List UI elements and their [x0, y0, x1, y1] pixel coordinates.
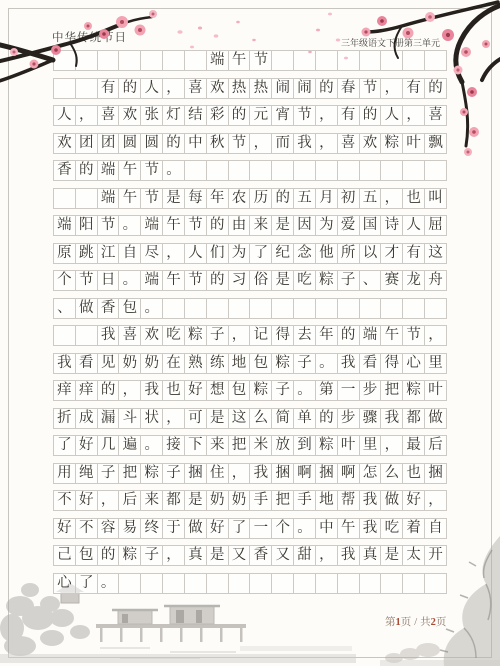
grid-cell: 们 [207, 244, 229, 263]
grid-cell: 下 [185, 436, 207, 455]
grid-cell: 遍 [119, 436, 141, 455]
grid-cell [338, 299, 360, 318]
grid-cell: ， [119, 381, 141, 400]
grid-cell [250, 161, 272, 180]
grid-cell: 喜 [98, 106, 120, 125]
grid-cell: 我 [360, 491, 382, 510]
footer-total-suffix: 页 [436, 617, 447, 628]
grid-cell: 宵 [272, 106, 294, 125]
grid-cell: 。 [294, 519, 316, 538]
grid-cell: 心 [54, 574, 76, 593]
grid-cell [360, 574, 382, 593]
grid-cell: 春 [338, 79, 360, 98]
grid-row: 原跳江自尽，人们为了纪念他所以才有这 [53, 243, 447, 264]
grid-cell: 帮 [338, 491, 360, 510]
grid-cell: 步 [338, 409, 360, 428]
grid-cell: 吃 [381, 519, 403, 538]
grid-cell: 所 [338, 244, 360, 263]
grid-cell: 诗 [381, 216, 403, 235]
grid-cell: 他 [316, 244, 338, 263]
grid-cell: 节 [250, 51, 272, 70]
grid-cell: 了 [229, 519, 251, 538]
grid-cell [54, 79, 76, 98]
essay-grid: 端午节有的人，喜欢热热闹闹的春节，有的人，喜欢张灯结彩的元宵节，有的人，喜欢团团… [53, 50, 447, 600]
grid-cell: 由 [229, 216, 251, 235]
grid-cell: 喜 [425, 106, 446, 125]
grid-cell: 彩 [207, 106, 229, 125]
grid-cell: 做 [185, 519, 207, 538]
grid-cell: 喜 [119, 326, 141, 345]
grid-cell: ， [163, 546, 185, 565]
grid-cell: 端 [54, 216, 76, 235]
grid-cell: 有 [403, 244, 425, 263]
grid-cell: 的 [119, 79, 141, 98]
grid-cell: 把 [381, 381, 403, 400]
grid-cell: 午 [381, 326, 403, 345]
grid-cell [425, 161, 446, 180]
grid-cell: ， [163, 244, 185, 263]
grid-cell: 也 [163, 381, 185, 400]
grid-cell: 。 [119, 271, 141, 290]
grid-row: 端午节是每年农历的五月初五，也叫 [53, 188, 447, 209]
grid-cell: 屈 [425, 216, 446, 235]
grid-cell: 喜 [338, 134, 360, 153]
grid-cell: 我 [141, 381, 163, 400]
grid-cell: ， [250, 134, 272, 153]
grid-cell: 是 [381, 546, 403, 565]
grid-cell: ， [381, 189, 403, 208]
grid-cell: 了 [250, 244, 272, 263]
grid-row: 好不容易终于做好了一个。中午我吃着自 [53, 518, 447, 539]
grid-cell: 而 [272, 134, 294, 153]
grid-cell: 赛 [381, 271, 403, 290]
grid-cell: 粽 [119, 546, 141, 565]
grid-cell [403, 161, 425, 180]
grid-cell: 的 [98, 546, 120, 565]
grid-cell: 己 [54, 546, 76, 565]
grid-cell: 的 [316, 409, 338, 428]
grid-cell: ， [163, 409, 185, 428]
grid-cell: 手 [250, 491, 272, 510]
grid-cell: 啊 [338, 464, 360, 483]
grid-cell: 得 [272, 326, 294, 345]
grid-row: 、做香包。 [53, 298, 447, 319]
grid-cell: 的 [76, 161, 98, 180]
grid-cell: 节 [360, 79, 382, 98]
grid-cell: 叶 [338, 436, 360, 455]
grid-cell: 团 [98, 134, 120, 153]
grid-cell [229, 574, 251, 593]
grid-cell: ， [163, 79, 185, 98]
grid-row: 香的端午节。 [53, 160, 447, 181]
grid-cell: 一 [250, 519, 272, 538]
grid-cell: 闹 [294, 79, 316, 98]
grid-cell [360, 161, 382, 180]
grid-cell [338, 161, 360, 180]
grid-cell: 初 [338, 189, 360, 208]
grid-cell: 人 [141, 79, 163, 98]
grid-cell: 端 [360, 326, 382, 345]
grid-cell: 好 [76, 436, 98, 455]
grid-cell: 节 [185, 216, 207, 235]
grid-cell: 午 [163, 271, 185, 290]
grid-cell: 欢 [207, 79, 229, 98]
grid-cell: 节 [185, 271, 207, 290]
grid-cell [425, 51, 446, 70]
grid-cell: 里 [360, 436, 382, 455]
grid-cell: 喜 [185, 79, 207, 98]
grid-cell [338, 574, 360, 593]
grid-cell: 节 [229, 134, 251, 153]
grid-cell: 是 [185, 491, 207, 510]
grid-cell: 开 [425, 546, 446, 565]
grid-cell: ， [316, 546, 338, 565]
grid-cell: 午 [229, 51, 251, 70]
grid-cell: 粽 [316, 436, 338, 455]
grid-cell: 怎 [360, 464, 382, 483]
grid-cell: 以 [360, 244, 382, 263]
grid-cell: 不 [54, 491, 76, 510]
grid-cell: 啊 [294, 464, 316, 483]
grid-cell: 、 [360, 271, 382, 290]
grid-cell: 我 [98, 326, 120, 345]
grid-cell: 我 [250, 464, 272, 483]
grid-cell [54, 189, 76, 208]
grid-cell [316, 574, 338, 593]
grid-cell: 原 [54, 244, 76, 263]
grid-cell: 的 [229, 106, 251, 125]
grid-cell: 我 [294, 134, 316, 153]
grid-row: 用绳子把粽子捆住，我捆啊捆啊怎么也捆 [53, 463, 447, 484]
grid-cell: 是 [163, 189, 185, 208]
footer-separator: / [414, 617, 417, 628]
grid-cell: 不 [76, 519, 98, 538]
grid-cell: 的 [207, 216, 229, 235]
grid-cell [54, 51, 76, 70]
grid-cell: 欢 [141, 326, 163, 345]
grid-cell: 看 [76, 354, 98, 373]
grid-cell: 痒 [54, 381, 76, 400]
grid-cell [163, 51, 185, 70]
grid-cell: 奶 [229, 491, 251, 510]
grid-cell: 自 [119, 244, 141, 263]
footer-page-prefix: 第 [385, 617, 396, 628]
grid-cell [141, 51, 163, 70]
grid-row: 折成漏斗状，可是这么简单的步骤我都做 [53, 408, 447, 429]
grid-cell: 龙 [403, 271, 425, 290]
grid-cell: 个 [272, 519, 294, 538]
grid-cell: 都 [163, 491, 185, 510]
grid-cell: 欢 [360, 134, 382, 153]
grid-cell: 历 [250, 189, 272, 208]
grid-cell: 粽 [185, 326, 207, 345]
grid-cell: 做 [76, 299, 98, 318]
grid-cell: 纪 [272, 244, 294, 263]
grid-cell: 香 [250, 546, 272, 565]
grid-cell: 热 [229, 79, 251, 98]
grid-cell [381, 161, 403, 180]
grid-cell: 痒 [76, 381, 98, 400]
grid-cell: 我 [54, 354, 76, 373]
grid-cell: 又 [229, 546, 251, 565]
grid-cell: 吃 [163, 326, 185, 345]
grid-cell: 好 [54, 519, 76, 538]
grid-cell: ， [229, 326, 251, 345]
grid-cell: 看 [360, 354, 382, 373]
grid-cell [98, 51, 120, 70]
grid-cell [54, 326, 76, 345]
grid-cell [316, 161, 338, 180]
grid-cell: ， [403, 106, 425, 125]
grid-cell: 午 [338, 519, 360, 538]
grid-cell: 端 [141, 216, 163, 235]
grid-cell: 午 [119, 189, 141, 208]
grid-cell: 成 [76, 409, 98, 428]
grid-cell [425, 574, 446, 593]
grid-cell: 真 [185, 546, 207, 565]
grid-cell: 斗 [119, 409, 141, 428]
grid-cell [119, 51, 141, 70]
grid-cell: 江 [98, 244, 120, 263]
grid-cell: 五 [360, 189, 382, 208]
grid-cell [141, 574, 163, 593]
grid-row: 端阳节。端午节的由来是因为爱国诗人屈 [53, 215, 447, 236]
grid-cell [272, 51, 294, 70]
grid-cell: 这 [425, 244, 446, 263]
grid-cell: 圆 [119, 134, 141, 153]
grid-cell [250, 574, 272, 593]
grid-cell: 也 [403, 189, 425, 208]
grid-cell: 用 [54, 464, 76, 483]
grid-cell: 。 [119, 216, 141, 235]
grid-cell: 子 [294, 354, 316, 373]
grid-cell: 节 [294, 106, 316, 125]
grid-cell: 。 [141, 299, 163, 318]
grid-cell [229, 161, 251, 180]
grid-cell: 了 [76, 574, 98, 593]
grid-cell: 农 [229, 189, 251, 208]
grid-cell: 端 [141, 271, 163, 290]
grid-cell: 是 [272, 216, 294, 235]
grid-cell: 放 [272, 436, 294, 455]
grid-cell: 子 [163, 464, 185, 483]
grid-cell: 香 [54, 161, 76, 180]
grid-cell: 来 [207, 436, 229, 455]
grid-cell: ， [98, 491, 120, 510]
grid-cell: 于 [163, 519, 185, 538]
grid-cell [207, 574, 229, 593]
grid-cell: 为 [229, 244, 251, 263]
grid-cell: 我 [360, 519, 382, 538]
grid-cell [76, 326, 98, 345]
grid-cell: 易 [119, 519, 141, 538]
grid-cell: 是 [207, 409, 229, 428]
grid-cell: 节 [76, 271, 98, 290]
grid-cell: 一 [338, 381, 360, 400]
grid-cell: 也 [403, 464, 425, 483]
grid-cell: 里 [425, 354, 446, 373]
grid-cell [76, 79, 98, 98]
grid-cell: 见 [98, 354, 120, 373]
grid-cell: 端 [98, 189, 120, 208]
grid-cell: 子 [141, 546, 163, 565]
grid-cell: 节 [403, 326, 425, 345]
grid-cell [316, 51, 338, 70]
grid-cell: 欢 [119, 106, 141, 125]
grid-cell: 个 [54, 271, 76, 290]
grid-cell: 国 [360, 216, 382, 235]
grid-cell: 。 [98, 574, 120, 593]
grid-cell [338, 51, 360, 70]
grid-cell: 包 [250, 354, 272, 373]
grid-cell: 香 [98, 299, 120, 318]
grid-cell: 好 [76, 491, 98, 510]
grid-cell: 中 [316, 519, 338, 538]
grid-cell: 心 [403, 354, 425, 373]
grid-cell: 子 [338, 271, 360, 290]
grid-cell: 好 [185, 381, 207, 400]
grid-cell [381, 299, 403, 318]
grid-cell: 有 [338, 106, 360, 125]
grid-cell: 捆 [316, 464, 338, 483]
worksheet-page: 中华传统节日 三年级语文下册第三单元 端午节有的人，喜欢热热闹闹的春节，有的人，… [0, 0, 500, 666]
grid-cell: 秋 [207, 134, 229, 153]
grid-cell: 住 [207, 464, 229, 483]
grid-cell: 把 [272, 491, 294, 510]
grid-cell: 奶 [207, 491, 229, 510]
grid-cell: 叶 [425, 381, 446, 400]
grid-cell: 尽 [141, 244, 163, 263]
grid-cell: 熟 [185, 354, 207, 373]
grid-cell: 终 [141, 519, 163, 538]
grid-cell: 有 [403, 79, 425, 98]
grid-cell: 俗 [250, 271, 272, 290]
grid-cell: 中 [185, 134, 207, 153]
grid-cell: 可 [185, 409, 207, 428]
grid-cell: 午 [119, 161, 141, 180]
grid-cell [360, 299, 382, 318]
grid-cell: 为 [316, 216, 338, 235]
grid-cell: 地 [229, 354, 251, 373]
grid-cell: 接 [163, 436, 185, 455]
grid-cell: 粽 [316, 271, 338, 290]
grid-cell: 的 [98, 381, 120, 400]
grid-cell: 折 [54, 409, 76, 428]
grid-cell: 到 [294, 436, 316, 455]
grid-cell: 子 [272, 381, 294, 400]
grid-cell: 的 [338, 326, 360, 345]
grid-cell: 我 [338, 546, 360, 565]
grid-row: 欢团团圆圆的中秋节，而我，喜欢粽叶飘 [53, 133, 447, 154]
grid-cell: 五 [294, 189, 316, 208]
grid-cell: 状 [141, 409, 163, 428]
grid-cell: 都 [403, 409, 425, 428]
grid-cell: 结 [185, 106, 207, 125]
grid-cell: 来 [141, 491, 163, 510]
grid-cell: 人 [54, 106, 76, 125]
grid-cell: 粽 [272, 354, 294, 373]
grid-cell: 把 [119, 464, 141, 483]
grid-cell: 欢 [54, 134, 76, 153]
grid-cell: 简 [272, 409, 294, 428]
grid-cell: 奶 [141, 354, 163, 373]
grid-row: 己包的粽子，真是又香又甜，我真是太开 [53, 545, 447, 566]
footer-page-suffix: 页 [401, 617, 412, 628]
grid-cell: 手 [294, 491, 316, 510]
grid-cell: 。 [294, 381, 316, 400]
grid-cell [185, 161, 207, 180]
grid-cell: 舟 [425, 271, 446, 290]
grid-cell: 做 [425, 409, 446, 428]
grid-cell: 捆 [425, 464, 446, 483]
grid-cell: 月 [316, 189, 338, 208]
grid-cell [381, 51, 403, 70]
grid-cell: 爱 [338, 216, 360, 235]
grid-cell: 端 [98, 161, 120, 180]
grid-cell: 去 [294, 326, 316, 345]
grid-cell: 容 [98, 519, 120, 538]
grid-cell: 叫 [425, 189, 446, 208]
grid-row: 痒痒的，我也好想包粽子。第一步把粽叶 [53, 380, 447, 401]
unit-label: 三年级语文下册第三单元 [341, 36, 440, 49]
grid-cell: 的 [425, 79, 446, 98]
grid-cell: 的 [163, 134, 185, 153]
grid-cell: 吃 [294, 271, 316, 290]
grid-cell: 闹 [272, 79, 294, 98]
grid-cell [294, 299, 316, 318]
grid-cell: ， [76, 106, 98, 125]
grid-cell: 阳 [76, 216, 98, 235]
grid-cell: 么 [381, 464, 403, 483]
grid-cell: 有 [98, 79, 120, 98]
grid-cell: 后 [119, 491, 141, 510]
grid-row: 我看见奶奶在熟练地包粽子。我看得心里 [53, 353, 447, 374]
grid-cell: 飘 [425, 134, 446, 153]
grid-cell: 的 [360, 106, 382, 125]
grid-cell: 子 [207, 326, 229, 345]
grid-cell: 习 [229, 271, 251, 290]
grid-cell: 端 [207, 51, 229, 70]
grid-cell: 米 [250, 436, 272, 455]
grid-cell [76, 51, 98, 70]
grid-cell: ， [316, 106, 338, 125]
grid-cell: 人 [185, 244, 207, 263]
grid-cell [294, 161, 316, 180]
grid-cell [272, 161, 294, 180]
grid-cell: 粽 [141, 464, 163, 483]
grid-cell [163, 299, 185, 318]
grid-cell: 自 [425, 519, 446, 538]
grid-cell: 好 [207, 519, 229, 538]
grid-cell [425, 299, 446, 318]
grid-cell: 地 [316, 491, 338, 510]
grid-cell: ， [425, 326, 446, 345]
grid-cell: 第 [316, 381, 338, 400]
grid-cell: 记 [250, 326, 272, 345]
grid-cell [250, 299, 272, 318]
grid-cell: 粽 [381, 134, 403, 153]
grid-cell: 。 [316, 354, 338, 373]
grid-cell: ， [316, 134, 338, 153]
grid-cell: ， [229, 464, 251, 483]
grid-cell: 好 [403, 491, 425, 510]
grid-cell: 做 [381, 491, 403, 510]
grid-cell [185, 574, 207, 593]
grid-cell: 是 [207, 546, 229, 565]
grid-cell [272, 574, 294, 593]
grid-cell: 步 [360, 381, 382, 400]
grid-cell [272, 299, 294, 318]
